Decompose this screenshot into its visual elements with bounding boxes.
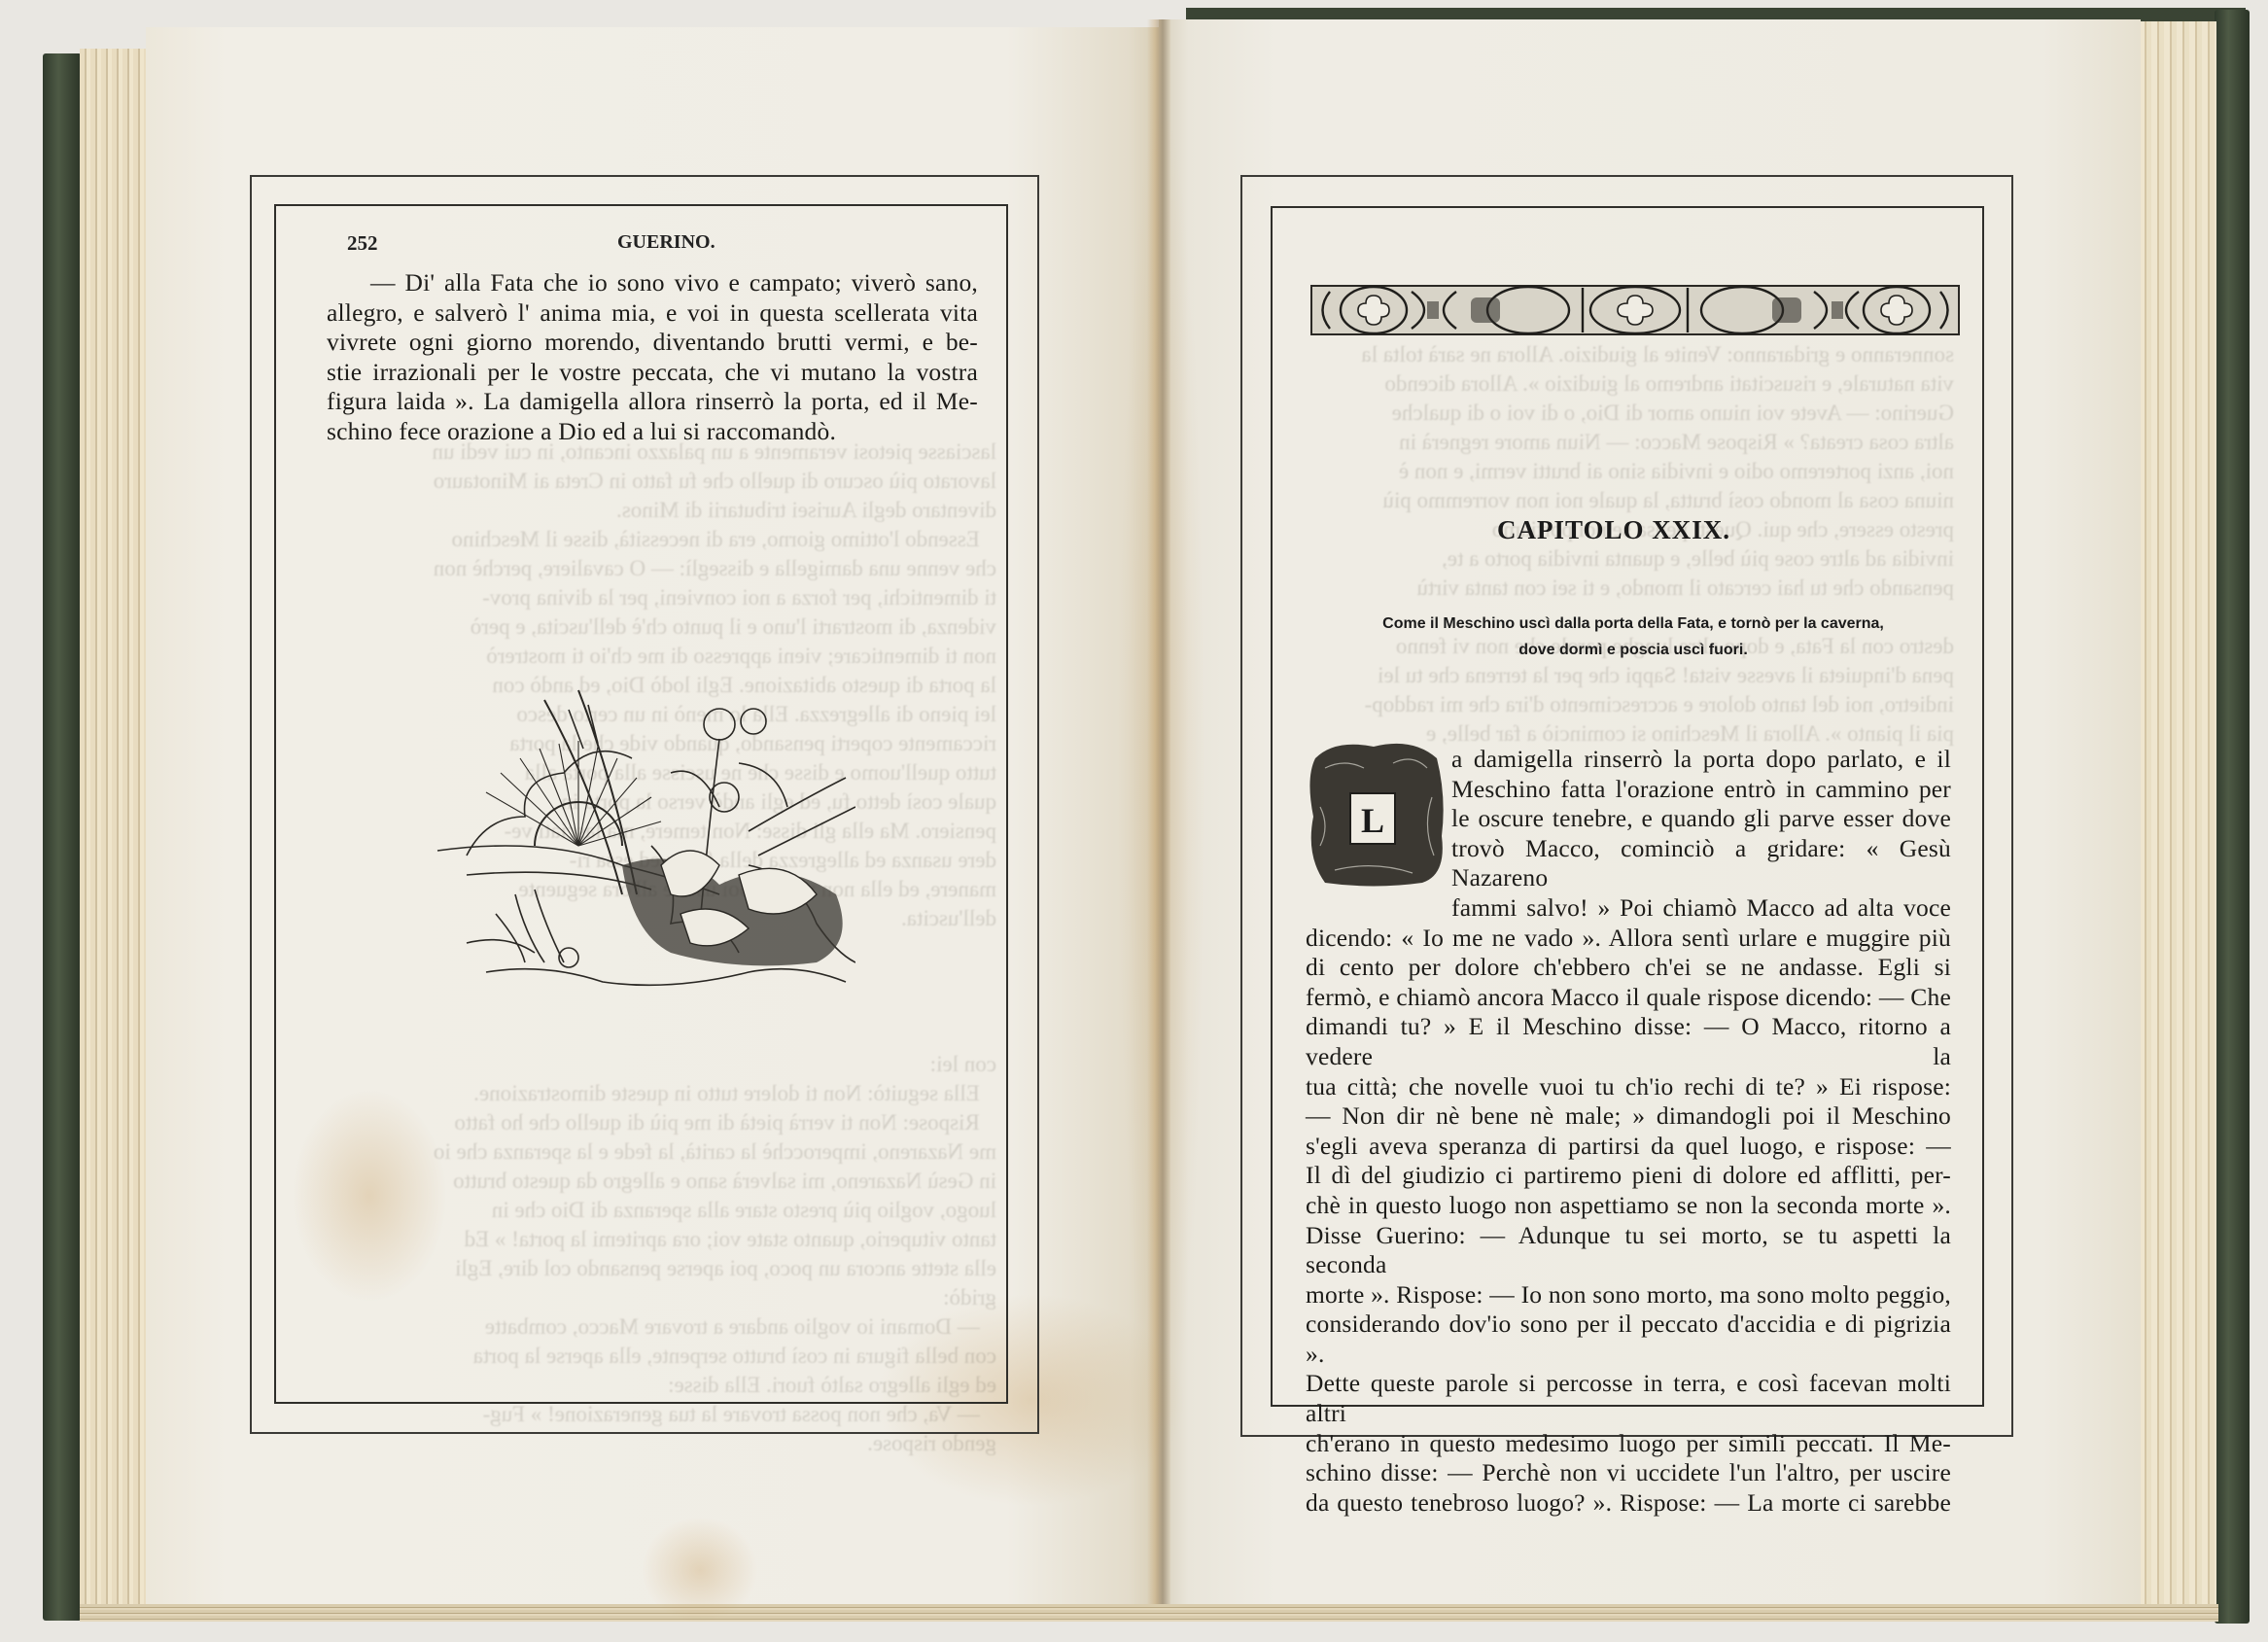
text-line: dicendo: « Io me ne vado ». Allora sentì… bbox=[1306, 924, 1951, 954]
text-line: stie irrazionali per le vostre peccata, … bbox=[327, 358, 978, 388]
text-line: chè in questo luogo non aspettiamo se no… bbox=[1306, 1191, 1951, 1221]
running-head: GUERINO. bbox=[617, 231, 715, 254]
engraving-sunrise-plants-illustration bbox=[428, 671, 855, 1011]
text-line: morte ». Rispose: — Io non sono morto, m… bbox=[1306, 1280, 1951, 1310]
text-line: — Di' alla Fata che io sono vivo e campa… bbox=[327, 268, 978, 298]
text-line: vivrete ogni giorno morendo, diventando … bbox=[327, 328, 978, 358]
page-block-left-edges bbox=[80, 49, 148, 1616]
text-line: a damigella rinserrò la porta dopo parla… bbox=[1306, 745, 1951, 775]
text-line: Dette queste parole si percosse in terra… bbox=[1306, 1369, 1951, 1428]
text-line: di cento per dolore ch'ebbero ch'ei se n… bbox=[1306, 953, 1951, 983]
chapter-summary-line: Come il Meschino uscì dalla porta della … bbox=[1343, 611, 1923, 637]
page-block-bottom-edges bbox=[80, 1604, 2218, 1622]
text-line: fermò, e chiamò ancora Macco il quale ri… bbox=[1306, 983, 1951, 1013]
text-line: Il dì del giudizio ci partiremo pieni di… bbox=[1306, 1161, 1951, 1191]
text-line: schino fece orazione a Dio ed a lui si r… bbox=[327, 417, 978, 447]
text-line: schino disse: — Perchè non vi uccidete l… bbox=[1306, 1458, 1951, 1488]
page-number: 252 bbox=[347, 231, 378, 256]
chapter-title: CAPITOLO XXIX. bbox=[1497, 515, 1730, 545]
foxing-stain bbox=[642, 1517, 758, 1624]
book-cover-left-edge bbox=[43, 53, 82, 1621]
text-line: fammi salvo! » Poi chiamò Macco ad alta … bbox=[1306, 893, 1951, 924]
text-line: s'egli aveva speranza di partirsi da que… bbox=[1306, 1132, 1951, 1162]
text-line: trovò Macco, cominciò a gridare: « Gesù … bbox=[1306, 834, 1951, 893]
book-cover-right-edge bbox=[2215, 10, 2250, 1624]
text-line: considerando dov'io sono per il peccato … bbox=[1306, 1310, 1951, 1369]
text-line: Disse Guerino: — Adunque tu sei morto, s… bbox=[1306, 1221, 1951, 1280]
left-page-paragraph: — Di' alla Fata che io sono vivo e campa… bbox=[327, 268, 978, 447]
text-line: dimandi tu? » E il Meschino disse: — O M… bbox=[1306, 1012, 1951, 1071]
page-block-right-edges bbox=[2139, 21, 2216, 1621]
text-line: figura laida ». La damigella allora rins… bbox=[327, 387, 978, 417]
text-line: — Non dir nè bene nè male; » dimandogli … bbox=[1306, 1101, 1951, 1132]
text-line: tua città; che novelle vuoi tu ch'io rec… bbox=[1306, 1072, 1951, 1102]
text-line: Meschino fatta l'orazione entrò in cammi… bbox=[1306, 775, 1951, 805]
text-line: ch'erano in questo medesimo luogo per si… bbox=[1306, 1429, 1951, 1459]
text-line: le oscure tenebre, e quando gli parve es… bbox=[1306, 804, 1951, 834]
foxing-stain bbox=[1118, 97, 1205, 1458]
chapter-summary-line: dove dormì e poscia uscì fuori. bbox=[1343, 637, 1923, 663]
text-line: da questo tenebroso luogo? ». Rispose: —… bbox=[1306, 1488, 1951, 1519]
ornamental-headband bbox=[1310, 282, 1960, 338]
chapter-summary: Come il Meschino uscì dalla porta della … bbox=[1343, 611, 1923, 663]
text-line: allegro, e salverò l' anima mia, e voi i… bbox=[327, 298, 978, 329]
right-page-paragraph: a damigella rinserrò la porta dopo parla… bbox=[1306, 745, 1951, 1518]
